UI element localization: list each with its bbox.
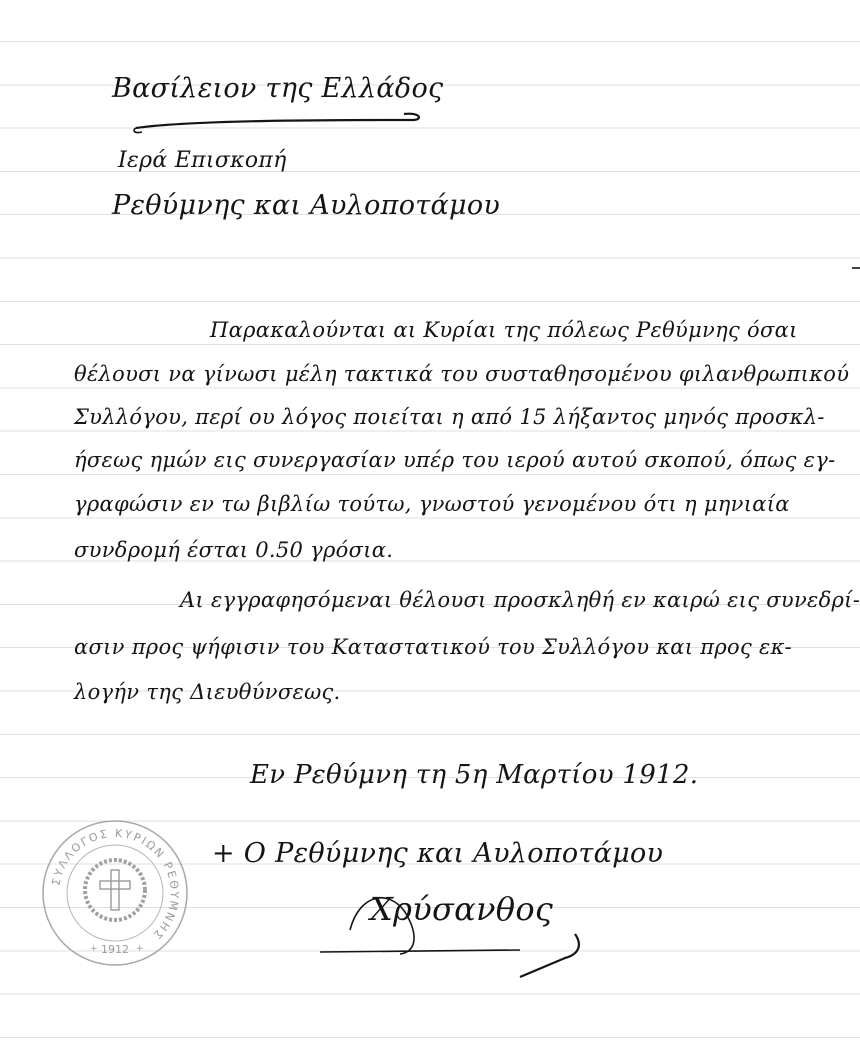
svg-text:1912: 1912 — [101, 943, 129, 956]
signature-title: + Ο Ρεθύμνης και Αυλοποτάμου — [212, 838, 663, 869]
body-line: Αι εγγραφησόμεναι θέλουσι προσκληθή εν κ… — [180, 588, 860, 612]
body-line: συνδρομή έσται 0.50 γρόσια. — [74, 538, 393, 562]
society-stamp: ΣΥΛΛΟΓΟΣ ΚΥΡΙΩΝ ΡΕΘΥΜΝΗΣ 1912 + + — [40, 818, 190, 968]
body-line: γραφώσιν εν τω βιβλίω τούτω, γνωστού γεν… — [74, 492, 790, 516]
body-line: ασιν προς ψήφισιν του Καταστατικού του Σ… — [74, 635, 792, 659]
dateline: Εν Ρεθύμνη τη 5η Μαρτίου 1912. — [250, 760, 698, 790]
header-swash-underline — [132, 112, 422, 134]
stamp-seal-icon: ΣΥΛΛΟΓΟΣ ΚΥΡΙΩΝ ΡΕΘΥΜΝΗΣ 1912 + + — [40, 818, 190, 968]
svg-text:ΣΥΛΛΟΓΟΣ ΚΥΡΙΩΝ ΡΕΘΥΜΝΗΣ: ΣΥΛΛΟΓΟΣ ΚΥΡΙΩΝ ΡΕΘΥΜΝΗΣ — [49, 827, 181, 943]
body-line: Συλλόγου, περί ου λόγος ποιείται η από 1… — [74, 405, 825, 429]
svg-text:+: + — [136, 944, 144, 954]
letter-page: Βασίλειον της Ελλάδος Ιερά Επισκοπή Ρεθύ… — [0, 0, 860, 1060]
header-see: Ρεθύμνης και Αυλοποτάμου — [112, 190, 500, 221]
header-bishopric: Ιερά Επισκοπή — [118, 148, 287, 173]
body-line: λογήν της Διευθύνσεως. — [74, 680, 341, 704]
header-kingdom: Βασίλειον της Ελλάδος — [112, 73, 443, 104]
body-line: ήσεως ημών εις συνεργασίαν υπέρ του ιερο… — [74, 448, 835, 472]
body-line: θέλουσι να γίνωσι μέλη τακτικά του συστα… — [74, 362, 849, 386]
margin-mark — [852, 267, 860, 269]
svg-text:+: + — [90, 944, 98, 954]
body-line: Παρακαλούνται αι Κυρίαι της πόλεως Ρεθύμ… — [210, 318, 798, 342]
signature-name: Χρύσανθος — [370, 890, 553, 928]
